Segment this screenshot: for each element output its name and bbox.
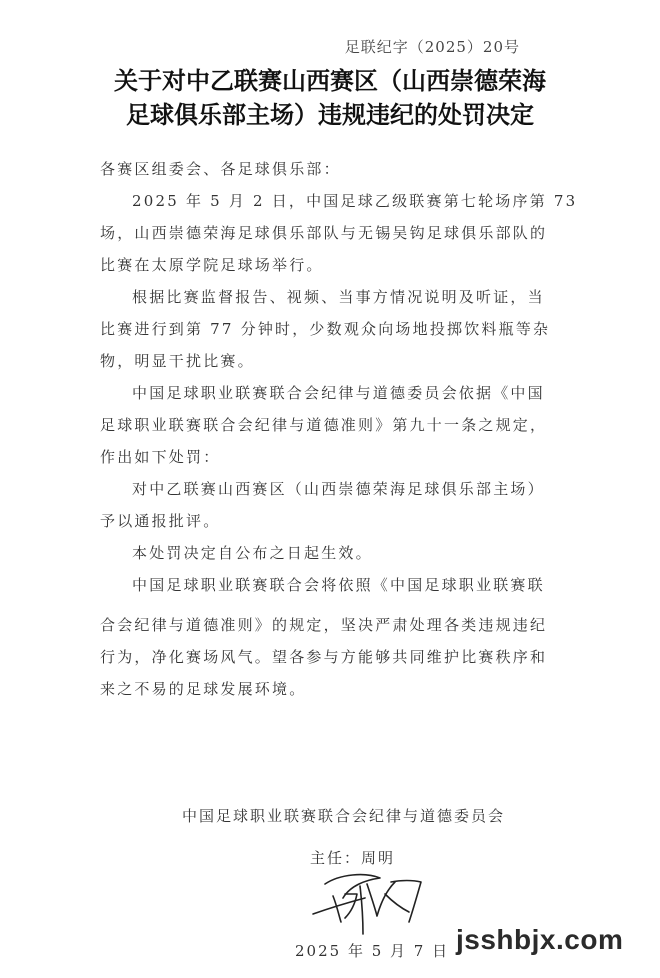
paragraph-line: 根据比赛监督报告、视频、当事方情况说明及听证，当	[100, 281, 530, 313]
document-number: 足联纪字（2025）20号	[345, 36, 520, 57]
paragraph: 根据比赛监督报告、视频、当事方情况说明及听证，当 比赛进行到第 77 分钟时，少…	[100, 281, 530, 377]
paragraph: 本处罚决定自公布之日起生效。	[100, 537, 530, 569]
issue-date: 2025 年 5 月 7 日	[295, 940, 449, 961]
signature-icon	[305, 868, 435, 938]
document-body: 各赛区组委会、各足球俱乐部： 2025 年 5 月 2 日，中国足球乙级联赛第七…	[100, 153, 530, 705]
issuing-organization: 中国足球职业联赛联合会纪律与道德委员会	[182, 805, 505, 826]
salutation: 各赛区组委会、各足球俱乐部：	[100, 153, 530, 185]
paragraph: 中国足球职业联赛联合会将依照《中国足球职业联赛联 合会纪律与道德准则》的规定，坚…	[100, 569, 530, 705]
paragraph-line: 作出如下处罚：	[100, 441, 530, 473]
paragraph-line: 予以通报批评。	[100, 505, 530, 537]
title-line: 关于对中乙联赛山西赛区（山西崇德荣海	[0, 64, 660, 98]
paragraph-line: 来之不易的足球发展环境。	[100, 673, 530, 705]
paragraph-line: 场，山西崇德荣海足球俱乐部队与无锡吴钩足球俱乐部队的	[100, 217, 530, 249]
paragraph-line: 行为，净化赛场风气。望各参与方能够共同维护比赛秩序和	[100, 641, 530, 673]
paragraph-line: 2025 年 5 月 2 日，中国足球乙级联赛第七轮场序第 73	[100, 185, 530, 217]
title-line: 足球俱乐部主场）违规违纪的处罚决定	[0, 98, 660, 132]
paragraph-line: 对中乙联赛山西赛区（山西崇德荣海足球俱乐部主场）	[100, 473, 530, 505]
paragraph-line: 本处罚决定自公布之日起生效。	[100, 537, 530, 569]
paragraph-line: 足球职业联赛联合会纪律与道德准则》第九十一条之规定，	[100, 409, 530, 441]
watermark-text: jsshbjx.com	[456, 924, 623, 956]
paragraph-line: 合会纪律与道德准则》的规定，坚决严肃处理各类违规违纪	[100, 609, 530, 641]
paragraph: 中国足球职业联赛联合会纪律与道德委员会依据《中国 足球职业联赛联合会纪律与道德准…	[100, 377, 530, 473]
paragraph-line: 比赛在太原学院足球场举行。	[100, 249, 530, 281]
paragraph: 2025 年 5 月 2 日，中国足球乙级联赛第七轮场序第 73 场，山西崇德荣…	[100, 185, 530, 281]
paragraph-line: 中国足球职业联赛联合会纪律与道德委员会依据《中国	[100, 377, 530, 409]
paragraph-line: 物，明显干扰比赛。	[100, 345, 530, 377]
paragraph: 对中乙联赛山西赛区（山西崇德荣海足球俱乐部主场） 予以通报批评。	[100, 473, 530, 537]
document-title: 关于对中乙联赛山西赛区（山西崇德荣海 足球俱乐部主场）违规违纪的处罚决定	[0, 64, 660, 132]
paragraph-line: 中国足球职业联赛联合会将依照《中国足球职业联赛联	[100, 569, 530, 601]
director-name: 主任：周明	[310, 847, 395, 868]
paragraph-line: 比赛进行到第 77 分钟时，少数观众向场地投掷饮料瓶等杂	[100, 313, 530, 345]
